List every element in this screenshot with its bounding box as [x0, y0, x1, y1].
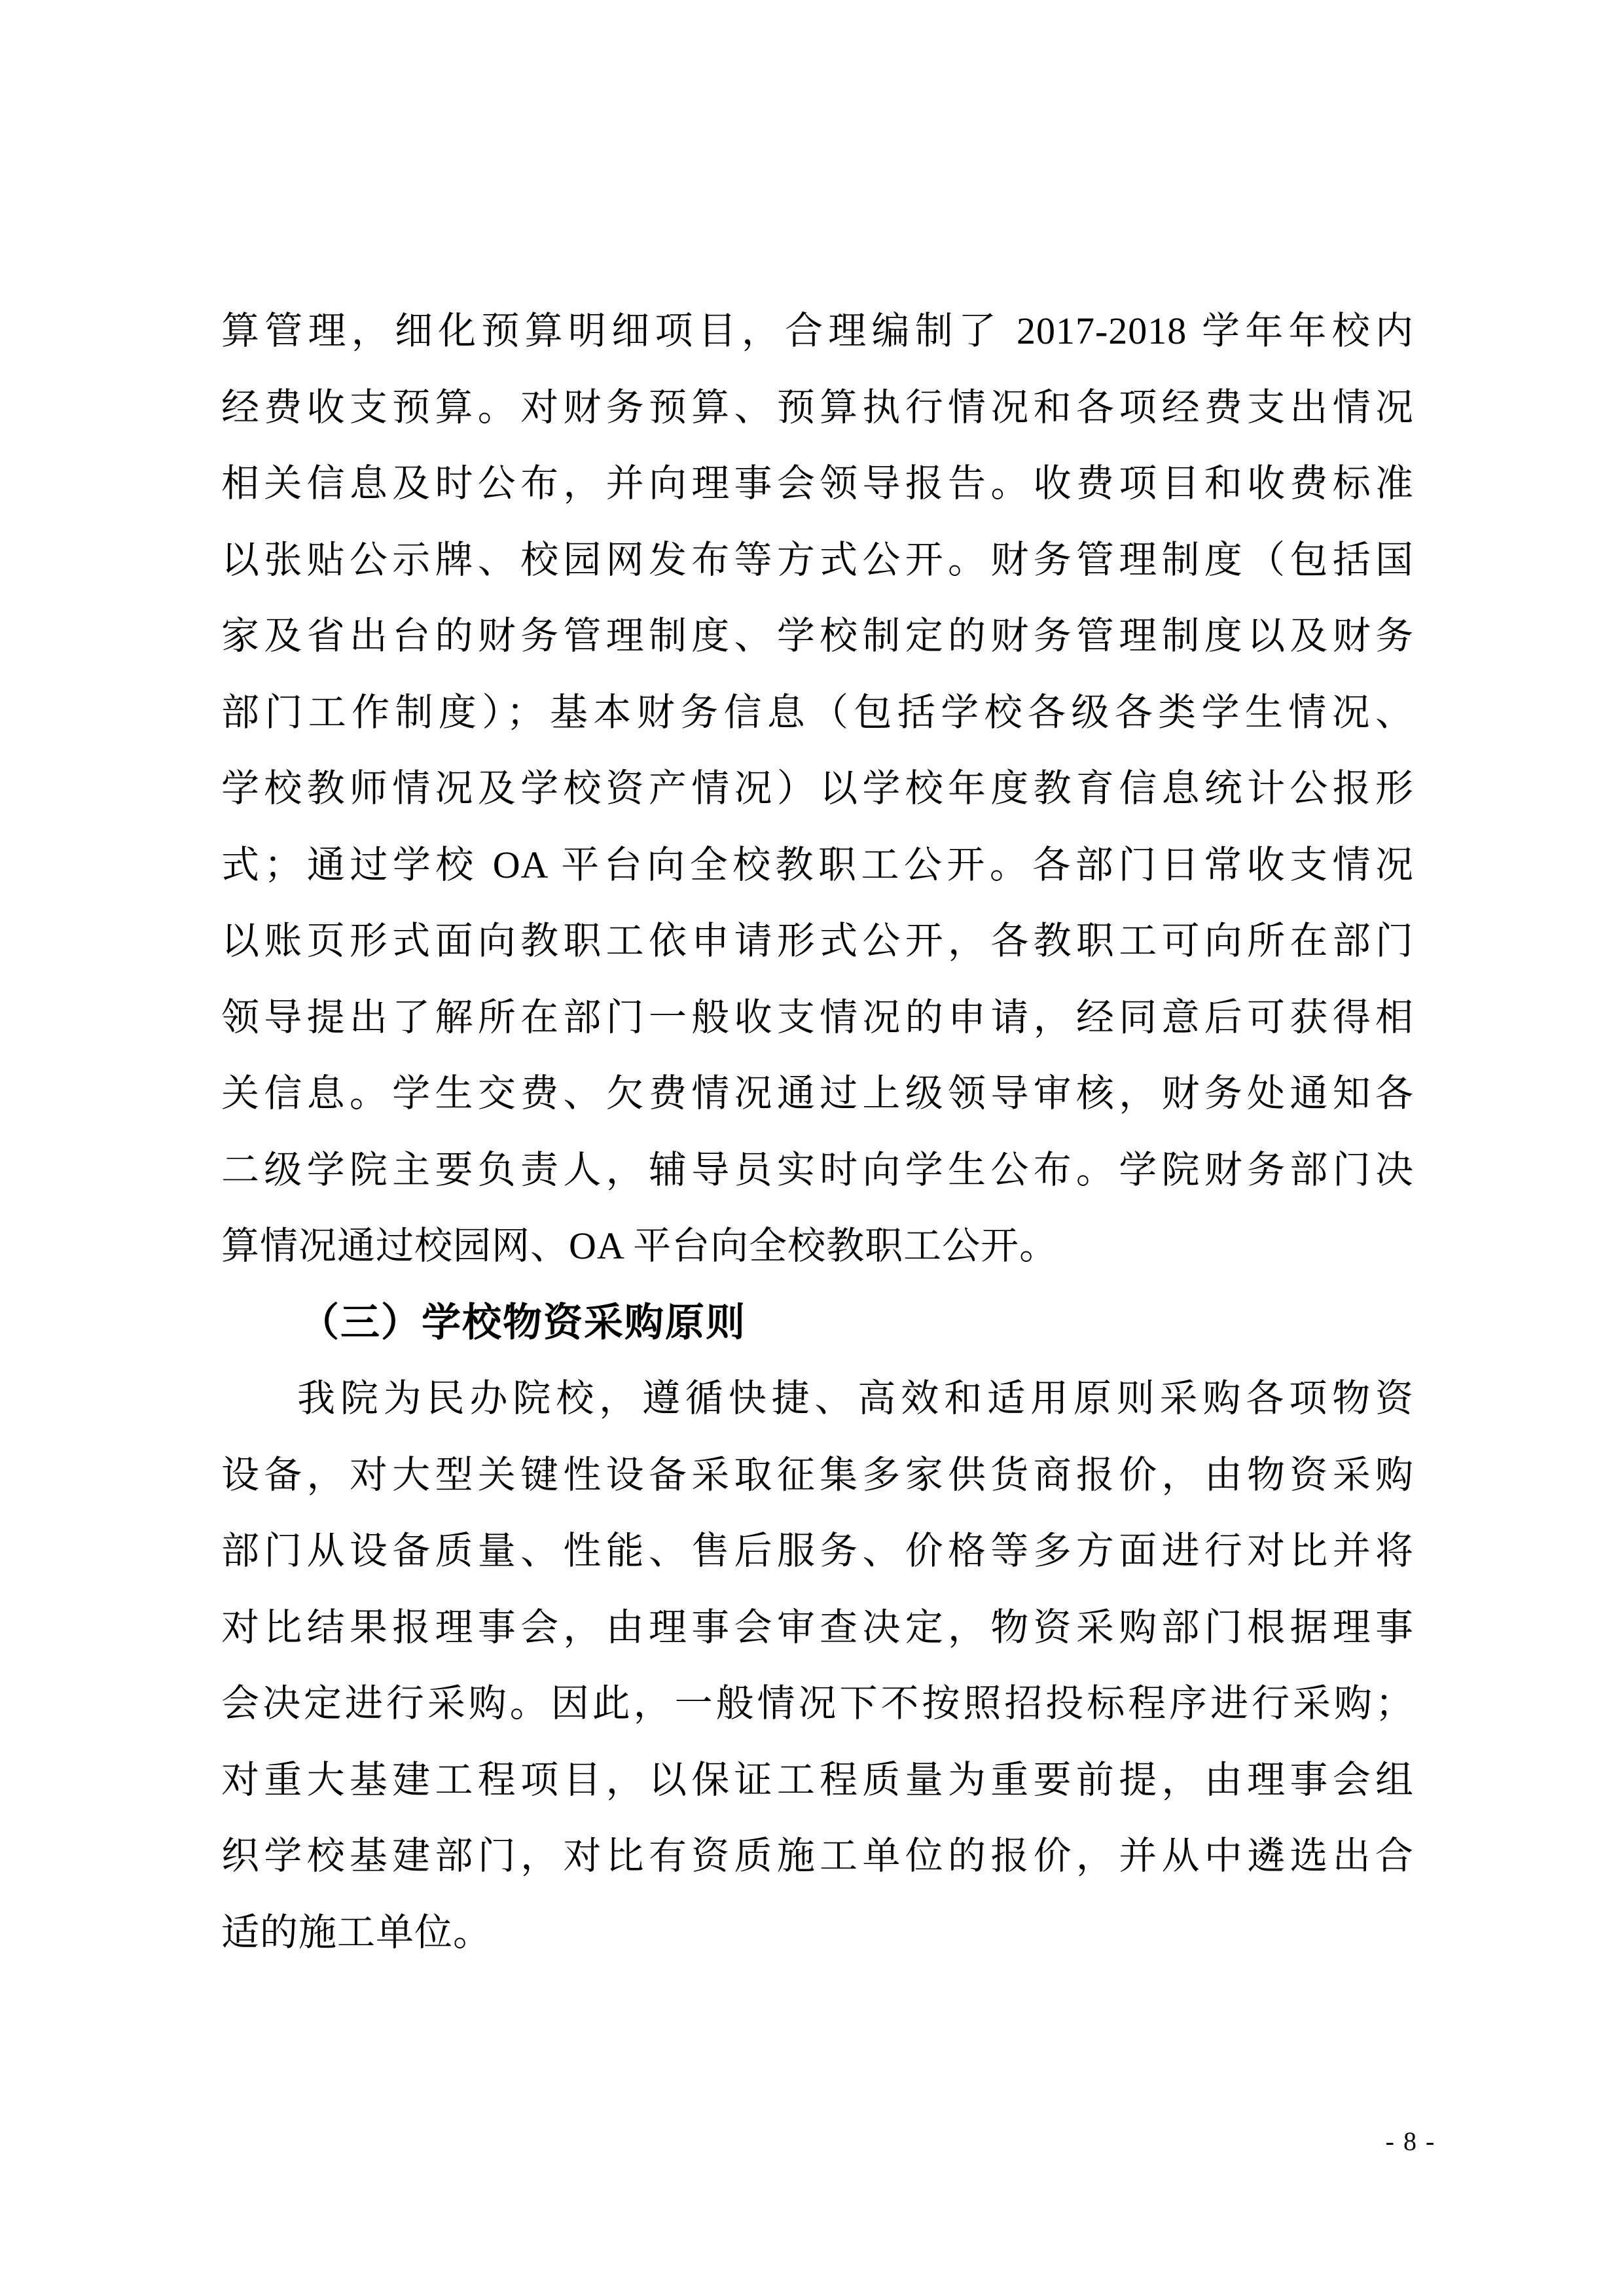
text-line: 以账页形式面向教职工依申请形式公开，各教职工可向所在部门: [221, 903, 1414, 980]
paragraph-finance-management: 算管理，细化预算明细项目，合理编制了 2017-2018 学年年校内经费收支预算…: [221, 293, 1414, 1285]
text-line: 相关信息及时公布，并向理事会领导报告。收费项目和收费标准: [221, 446, 1414, 522]
text-line: 领导提出了解所在部门一般收支情况的申请，经同意后可获得相: [221, 980, 1414, 1056]
text-line: 算情况通过校园网、OA 平台向全校教职工公开。: [221, 1208, 1414, 1285]
section-heading: （三）学校物资采购原则: [221, 1285, 1414, 1361]
text-line: 织学校基建部门，对比有资质施工单位的报价，并从中遴选出合: [221, 1818, 1414, 1895]
text-line: 式；通过学校 OA 平台向全校教职工公开。各部门日常收支情况: [221, 827, 1414, 904]
text-line: 经费收支预算。对财务预算、预算执行情况和各项经费支出情况: [221, 370, 1414, 446]
text-line: 部门工作制度）；基本财务信息（包括学校各级各类学生情况、: [221, 675, 1414, 751]
text-line: 二级学院主要负责人，辅导员实时向学生公布。学院财务部门决: [221, 1132, 1414, 1209]
text-line: 会决定进行采购。因此，一般情况下不按照招投标程序进行采购；: [221, 1666, 1414, 1742]
text-line: 对比结果报理事会，由理事会审查决定，物资采购部门根据理事: [221, 1590, 1414, 1666]
text-line: 对重大基建工程项目，以保证工程质量为重要前提，由理事会组: [221, 1742, 1414, 1819]
text-line: 设备，对大型关键性设备采取征集多家供货商报价，由物资采购: [221, 1437, 1414, 1514]
body-text: 算管理，细化预算明细项目，合理编制了 2017-2018 学年年校内经费收支预算…: [221, 293, 1414, 1971]
text-line: 部门从设备质量、性能、售后服务、价格等多方面进行对比并将: [221, 1513, 1414, 1590]
text-line: 以张贴公示牌、校园网发布等方式公开。财务管理制度（包括国: [221, 522, 1414, 599]
page-number: - 8 -: [1322, 2126, 1499, 2157]
text-line: 家及省出台的财务管理制度、学校制定的财务管理制度以及财务: [221, 598, 1414, 675]
text-line: 我院为民办院校，遵循快捷、高效和适用原则采购各项物资: [221, 1361, 1414, 1437]
document-page: 算管理，细化预算明细项目，合理编制了 2017-2018 学年年校内经费收支预算…: [0, 0, 1624, 2296]
text-line: 关信息。学生交费、欠费情况通过上级领导审核，财务处通知各: [221, 1056, 1414, 1132]
text-line: 适的施工单位。: [221, 1895, 1414, 1971]
paragraph-procurement-principles: 我院为民办院校，遵循快捷、高效和适用原则采购各项物资设备，对大型关键性设备采取征…: [221, 1361, 1414, 1971]
text-line: 学校教师情况及学校资产情况）以学校年度教育信息统计公报形: [221, 751, 1414, 827]
text-line: 算管理，细化预算明细项目，合理编制了 2017-2018 学年年校内: [221, 293, 1414, 370]
